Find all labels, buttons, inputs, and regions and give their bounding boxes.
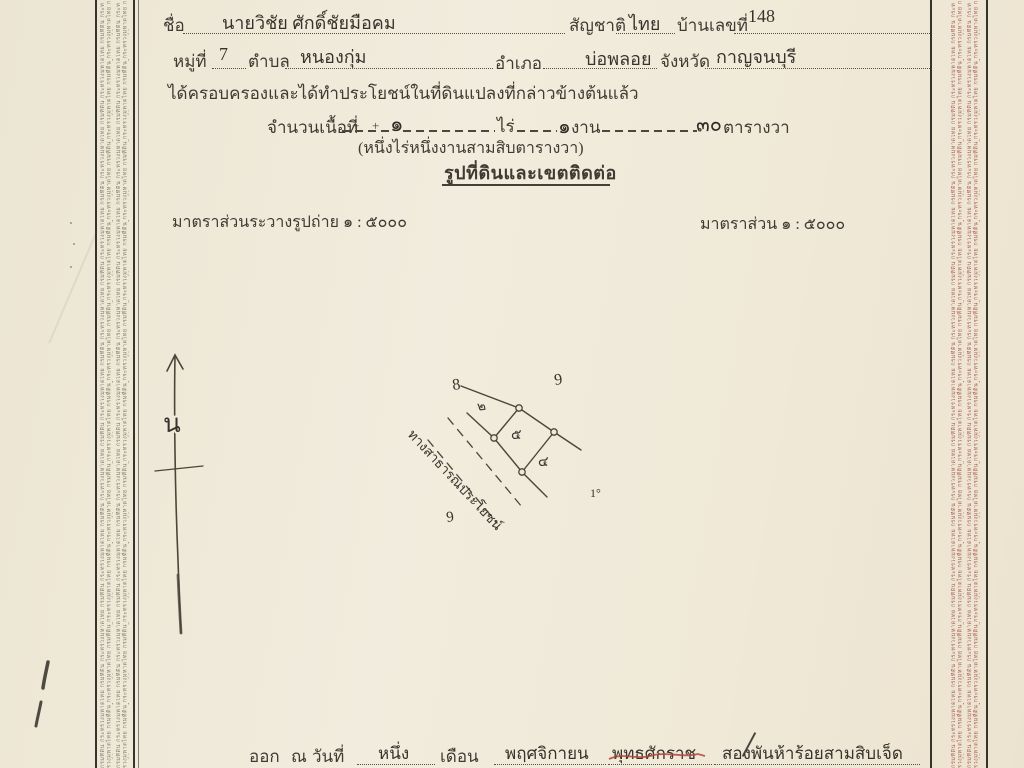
right-band-outer-line bbox=[986, 0, 988, 768]
dotted-rule bbox=[734, 33, 930, 34]
paper-speck bbox=[70, 266, 72, 268]
moo-value: 7 bbox=[219, 44, 228, 65]
left-band-outer-line bbox=[95, 0, 97, 768]
sketch-label-4: ๔ bbox=[538, 455, 549, 470]
sketch-label-2: ๒ bbox=[476, 398, 487, 414]
survey-marker bbox=[519, 469, 525, 475]
right-band-inner-line bbox=[930, 0, 932, 768]
road-label: ทางสาธารณประโยชน์ bbox=[405, 426, 506, 533]
plus-mark: + bbox=[372, 118, 379, 134]
dash-rule bbox=[342, 130, 390, 132]
security-microtext-left-2: กรมที่ดิน กระทรวงมหาดไทย กรมที่ดิน กระทร… bbox=[116, 0, 129, 768]
heading-underline bbox=[442, 184, 610, 186]
north-arrow-cross bbox=[155, 466, 203, 471]
house-no-label: บ้านเลขที่ bbox=[677, 12, 748, 39]
sketch-label-5: ๕ bbox=[511, 428, 522, 443]
pen-marks bbox=[30, 650, 70, 740]
possession-statement: ได้ครอบครองและได้ทำประโยชน์ในที่ดินแปลงท… bbox=[168, 80, 639, 107]
house-no-value: 148 bbox=[748, 6, 775, 27]
security-microtext-right-2: กรมที่ดิน กระทรวงมหาดไทย กรมที่ดิน กระทร… bbox=[967, 0, 980, 768]
north-arrow: น bbox=[130, 340, 240, 660]
moo-label: หมู่ที่ bbox=[173, 48, 207, 75]
issue-month: พฤศจิกายน bbox=[505, 740, 589, 767]
dash-rule bbox=[517, 130, 557, 132]
red-underline-mark bbox=[606, 748, 710, 764]
plot-heading: รูปที่ดินและเขตติดต่อ bbox=[444, 158, 617, 187]
nationality-label: สัญชาติ bbox=[569, 12, 626, 39]
nationality-value: ไทย bbox=[629, 9, 660, 38]
sketch-label-angle: 1° bbox=[590, 486, 601, 500]
paper-crease bbox=[48, 230, 98, 343]
scale-map: มาตราส่วน ๑ : ๕๐๐๐ bbox=[700, 212, 845, 237]
plus-mark: + bbox=[352, 118, 359, 134]
wa-value: ๓๐ bbox=[695, 108, 722, 141]
amphoe-label: อำเภอ bbox=[495, 50, 542, 77]
issue-year: สองพันห้าร้อยสามสิบเจ็ด bbox=[722, 740, 903, 767]
dash-rule bbox=[602, 130, 697, 132]
name-label: ชื่อ bbox=[163, 12, 185, 39]
paper-speck bbox=[70, 222, 72, 224]
area-label: จำนวนเนื้อที่ bbox=[267, 114, 358, 141]
province-value: กาญจนบุรี bbox=[716, 42, 796, 71]
sketch-label-8: 8 bbox=[451, 376, 461, 394]
issue-out: ออก bbox=[249, 743, 280, 768]
tambon-label: ตำบล bbox=[248, 48, 290, 75]
paper-speck bbox=[73, 243, 75, 245]
dash-rule bbox=[403, 130, 495, 132]
amphoe-value: บ่อพลอย bbox=[585, 44, 652, 73]
issue-day: หนึ่ง bbox=[378, 740, 409, 767]
name-value: นายวิชัย ศักดิ์ชัยมือคม bbox=[222, 8, 396, 37]
dotted-rule bbox=[212, 68, 246, 69]
issue-at: ณ bbox=[291, 743, 307, 768]
security-microtext-right-1: กรมที่ดิน กระทรวงมหาดไทย กรมที่ดิน กระทร… bbox=[951, 0, 964, 768]
sketch-label-9-top: 9 bbox=[553, 371, 563, 389]
north-arrow-shaft-thick bbox=[178, 575, 181, 633]
province-label: จังหวัด bbox=[660, 48, 710, 75]
pen-mark bbox=[43, 662, 48, 688]
security-microtext-left-1: กรมที่ดิน กระทรวงมหาดไทย กรมที่ดิน กระทร… bbox=[100, 0, 113, 768]
survey-marker bbox=[516, 405, 522, 411]
wa-label: ตารางวา bbox=[723, 114, 790, 141]
survey-marker bbox=[551, 429, 557, 435]
pen-mark bbox=[36, 702, 41, 726]
survey-marker bbox=[491, 435, 497, 441]
north-label: น bbox=[163, 409, 181, 438]
scale-photo: มาตราส่วนระวางรูปถ่าย ๑ : ๕๐๐๐ bbox=[172, 210, 407, 235]
sketch-label-9-bottom: 9 bbox=[445, 509, 455, 526]
plot-sketch: 8 9 ๒ ๕ ๔ 9 1° ทางสาธารณประโยชน์ bbox=[385, 345, 625, 560]
issue-month-label: เดือน bbox=[440, 743, 479, 768]
tambon-value: หนองกุ่ม bbox=[300, 42, 367, 71]
issue-date-label: วันที่ bbox=[312, 743, 344, 768]
